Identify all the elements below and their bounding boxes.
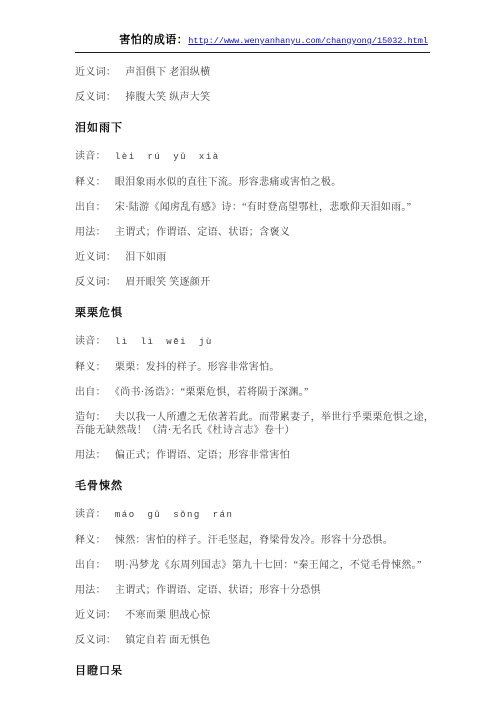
field-label: 出自： <box>75 202 106 213</box>
field-value: 捧腹大笑 纵声大笑 <box>125 92 210 103</box>
definition-row: 近义词：声泪俱下 老泪纵横 <box>75 66 437 79</box>
field-label: 反义词： <box>75 277 116 288</box>
field-value: 偏正式；作谓语、定语；形容非常害怕 <box>115 450 290 461</box>
field-value: 不寒而栗 胆战心惊 <box>125 610 210 621</box>
field-value: 明·冯梦龙《东周列国志》第九十七回：“秦王闻之，不觉毛骨悚然。” <box>115 560 422 571</box>
definition-row: 造句：夫以我一人所遭之无依著若此。而带累妻子，举世行乎栗栗危惧之途，吾能无缺然哉… <box>75 411 437 437</box>
definition-row: 读音：máo gǔ sǒng rán <box>75 508 437 522</box>
field-value-pinyin: máo gǔ sǒng rán <box>115 510 234 520</box>
field-label: 用法： <box>75 450 106 461</box>
idiom-section: 目瞪口呆 <box>75 662 437 678</box>
field-value: 声泪俱下 老泪纵横 <box>125 67 210 78</box>
field-value: 主谓式；作谓语、定语、状语；含褒义 <box>115 227 290 238</box>
idiom-heading: 泪如雨下 <box>75 119 437 135</box>
definition-row: 反义词：眉开眼笑 笑逐颜开 <box>75 276 437 289</box>
definition-row: 近义词：泪下如雨 <box>75 251 437 264</box>
page-title: 害怕的成语： <box>119 34 188 46</box>
idiom-heading: 栗栗危惧 <box>75 304 437 320</box>
definition-row: 近义词：不寒而栗 胆战心惊 <box>75 609 437 622</box>
field-label: 释义： <box>75 362 106 373</box>
field-label: 读音： <box>75 336 106 347</box>
field-label: 用法： <box>75 585 106 596</box>
definition-row: 用法：偏正式；作谓语、定语；形容非常害怕 <box>75 449 437 462</box>
field-label: 释义： <box>75 177 106 188</box>
field-label: 反义词： <box>75 92 116 103</box>
idiom-heading: 毛骨悚然 <box>75 477 437 493</box>
field-value: 眼泪象雨水似的直往下流。形容悲痛或害怕之极。 <box>115 177 342 188</box>
definition-row: 出自：明·冯梦龙《东周列国志》第九十七回：“秦王闻之，不觉毛骨悚然。” <box>75 559 437 572</box>
definition-row: 出自：《尚书·汤诰》：“栗栗危惧，若将陨于深渊。” <box>75 386 437 399</box>
field-value: 宋·陆游《闻虏乱有感》诗：“有时登高望鄂杜，悲歌仰天泪如雨。” <box>115 202 412 213</box>
idiom-section: 毛骨悚然 读音：máo gǔ sǒng rán 释义：悚然：害怕的样子。汗毛竖起… <box>75 477 437 647</box>
field-label: 反义词： <box>75 635 116 646</box>
field-label: 释义： <box>75 535 106 546</box>
idiom-section: 栗栗危惧 读音：lì lì wēi jù 释义：栗栗：发抖的样子。形容非常害怕。… <box>75 304 437 462</box>
idiom-section: 近义词：声泪俱下 老泪纵横 反义词：捧腹大笑 纵声大笑 <box>75 66 437 104</box>
definition-row: 用法：主谓式；作谓语、定语、状语；形容十分恐惧 <box>75 584 437 597</box>
definition-row: 释义：栗栗：发抖的样子。形容非常害怕。 <box>75 361 437 374</box>
field-label: 用法： <box>75 227 106 238</box>
page-header: 害怕的成语：http://www.wenyanhanyu.com/changyo… <box>75 30 430 53</box>
field-value: 主谓式；作谓语、定语、状语；形容十分恐惧 <box>115 585 321 596</box>
field-value: 泪下如雨 <box>125 252 166 263</box>
field-value-pinyin: lèi rú yǔ xià <box>115 152 220 162</box>
field-label: 近义词： <box>75 252 116 263</box>
field-label: 出自： <box>75 387 106 398</box>
definition-row: 用法：主谓式；作谓语、定语、状语；含褒义 <box>75 226 437 239</box>
definition-row: 反义词：镇定自若 面无惧色 <box>75 634 437 647</box>
field-value: 悚然：害怕的样子。汗毛竖起，脊梁骨发冷。形容十分恐惧。 <box>115 535 393 546</box>
definition-row: 反义词：捧腹大笑 纵声大笑 <box>75 91 437 104</box>
field-value: 镇定自若 面无惧色 <box>125 635 210 646</box>
field-label: 出自： <box>75 560 106 571</box>
definition-row: 读音：lèi rú yǔ xià <box>75 150 437 164</box>
field-value: 眉开眼笑 笑逐颜开 <box>125 277 210 288</box>
idiom-heading: 目瞪口呆 <box>75 662 437 678</box>
definition-row: 释义：眼泪象雨水似的直往下流。形容悲痛或害怕之极。 <box>75 176 437 189</box>
field-value: 栗栗：发抖的样子。形容非常害怕。 <box>115 362 280 373</box>
document-content: 近义词：声泪俱下 老泪纵横 反义词：捧腹大笑 纵声大笑 泪如雨下 读音：lèi … <box>75 66 437 678</box>
field-value: 《尚书·汤诰》：“栗栗危惧，若将陨于深渊。” <box>115 387 309 398</box>
definition-row: 释义：悚然：害怕的样子。汗毛竖起，脊梁骨发冷。形容十分恐惧。 <box>75 534 437 547</box>
field-label: 读音： <box>75 509 106 520</box>
field-value: 夫以我一人所遭之无依著若此。而带累妻子，举世行乎栗栗危惧之途，吾能无缺然哉！（清… <box>75 412 434 436</box>
definition-row: 出自：宋·陆游《闻虏乱有感》诗：“有时登高望鄂杜，悲歌仰天泪如雨。” <box>75 201 437 214</box>
field-label: 近义词： <box>75 610 116 621</box>
document-page: 害怕的成语：http://www.wenyanhanyu.com/changyo… <box>0 0 500 678</box>
source-url-link[interactable]: http://www.wenyanhanyu.com/changyong/150… <box>188 36 428 46</box>
field-label: 近义词： <box>75 67 116 78</box>
field-label: 造句： <box>75 412 106 423</box>
definition-row: 读音：lì lì wēi jù <box>75 335 437 349</box>
field-value-pinyin: lì lì wēi jù <box>115 337 213 347</box>
field-label: 读音： <box>75 151 106 162</box>
idiom-section: 泪如雨下 读音：lèi rú yǔ xià 释义：眼泪象雨水似的直往下流。形容悲… <box>75 119 437 289</box>
